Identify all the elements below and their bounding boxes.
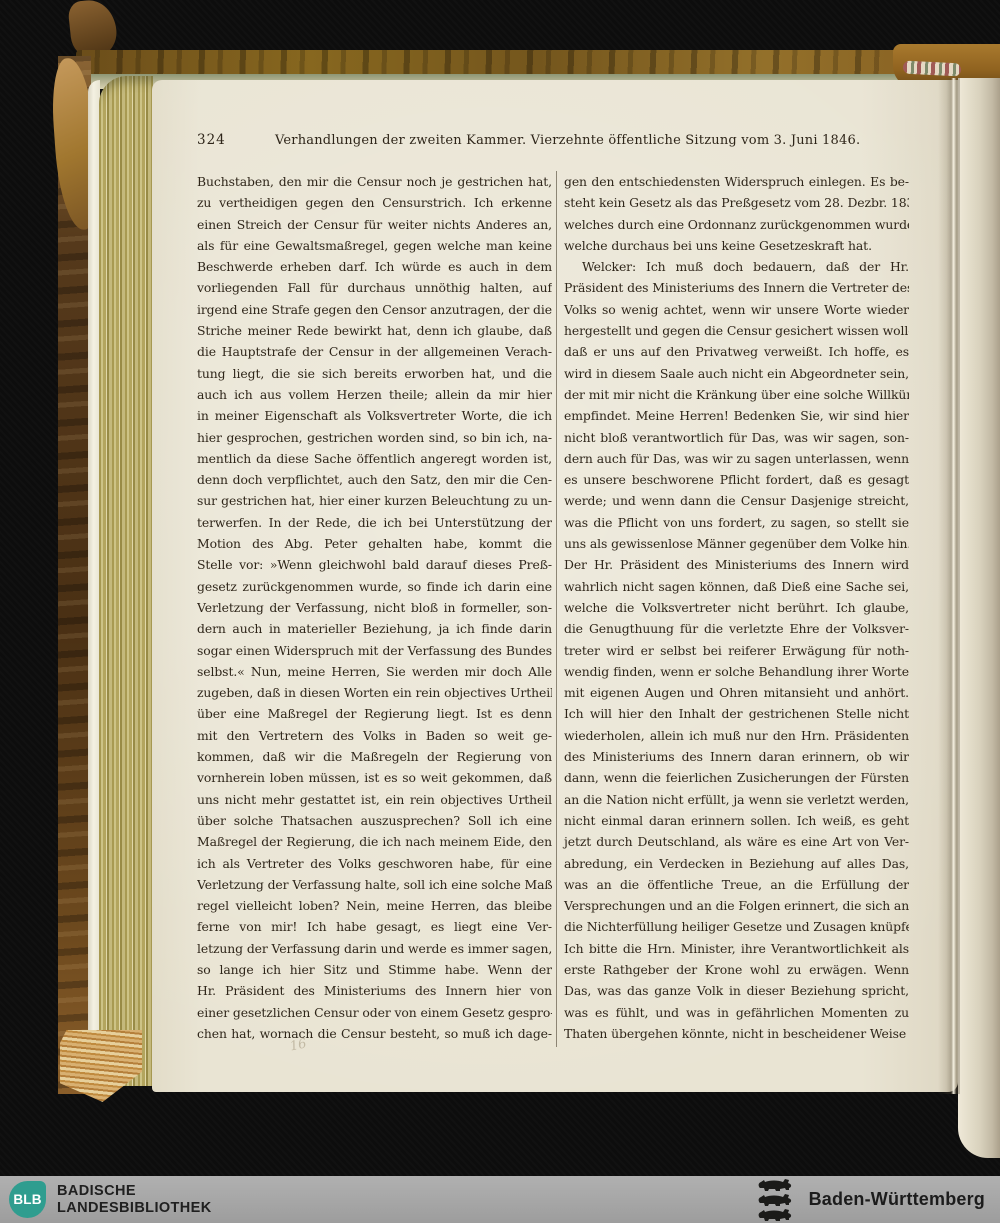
text-line: erste Rathgeber der Krone wohl zu erwäge… (564, 959, 909, 980)
text-line: mit den Vertretern des Volks in Baden so… (197, 725, 552, 746)
page-content: 324 Verhandlungen der zweiten Kammer. Vi… (197, 132, 909, 1044)
text-line: Hr. Präsident des Ministeriums des Inner… (197, 980, 552, 1001)
text-line: hier gesprochen, gestrichen worden sind,… (197, 427, 552, 448)
text-line: Striche meiner Rede bewirkt hat, denn ic… (197, 320, 552, 341)
right-column: gen den entschiedensten Widerspruch einl… (562, 171, 909, 1044)
text-line: mentlich da diese Sache öffentlich anger… (197, 448, 552, 469)
text-line: Der Hr. Präsident des Ministeriums des I… (564, 554, 909, 575)
text-line: Verletzung der Verfassung halte, soll ic… (197, 874, 552, 895)
text-line: daß er uns auf den Privatweg verweißt. I… (564, 341, 909, 362)
baden-wuerttemberg-crest-icon (755, 1179, 799, 1221)
text-line: jetzt durch Deutschland, als wäre es ein… (564, 831, 909, 852)
facing-page-sliver (958, 78, 1000, 1158)
text-line: Thaten übergehen könnte, nicht in besche… (564, 1023, 909, 1044)
text-line: uns nicht mehr gestattet ist, ein rein o… (197, 789, 552, 810)
text-line: die Nichterfüllung heiliger Gesetze und … (564, 916, 909, 937)
page-header: 324 Verhandlungen der zweiten Kammer. Vi… (197, 132, 909, 152)
text-line: Ich bitte die Hrn. Minister, ihre Verant… (564, 938, 909, 959)
library-name: BADISCHE LANDESBIBLIOTHEK (57, 1183, 212, 1216)
text-line: hergestellt und gegen die Censur gesiche… (564, 320, 909, 341)
library-branding: BLB BADISCHE LANDESBIBLIOTHEK (0, 1181, 212, 1218)
text-line: gesetz zurückgenommen wurde, so finde ic… (197, 576, 552, 597)
text-line: steht kein Gesetz als das Preßgesetz vom… (564, 192, 909, 213)
text-line: welche durchaus bei uns keine Gesetzeskr… (564, 235, 909, 256)
text-line: denn doch verpflichtet, auch den Satz, d… (197, 469, 552, 490)
text-line: nicht einmal daran erinnern sollen. Ich … (564, 810, 909, 831)
text-line: die Genugthuung für die verletzte Ehre d… (564, 618, 909, 639)
text-line: werde; und wenn dann die Censur Dasjenig… (564, 490, 909, 511)
page-number: 324 (197, 132, 275, 148)
text-line: einen Streich der Censur für weiter nich… (197, 214, 552, 235)
text-line: sur gestrichen hat, hier einer kurzen Be… (197, 490, 552, 511)
blb-logo-icon: BLB (9, 1181, 46, 1218)
text-line: einer gesetzlichen Censur oder von einem… (197, 1002, 552, 1023)
text-line: des Ministeriums des Innern daran erinne… (564, 746, 909, 767)
text-line: Verletzung der Verfassung, nicht bloß in… (197, 597, 552, 618)
text-line: es unsere beschworene Pflicht fordert, d… (564, 469, 909, 490)
text-line: dern auch in materieller Beziehung, ja i… (197, 618, 552, 639)
text-line: welche die Volksvertreter nicht berührt.… (564, 597, 909, 618)
text-line: als für eine Gewaltsmaßregel, gegen welc… (197, 235, 552, 256)
text-line: Welcker: Ich muß doch bedauern, daß der … (564, 256, 909, 277)
text-line: letzung der Verfassung darin und werde e… (197, 938, 552, 959)
text-line: was an die öffentliche Treue, an die Erf… (564, 874, 909, 895)
text-line: Volks so wenig achtet, wenn wir unsere W… (564, 299, 909, 320)
text-columns: Buchstaben, den mir die Censur noch je g… (197, 171, 909, 1044)
text-line: wiederholen, allein ich muß nur den Hrn.… (564, 725, 909, 746)
book-top-cover-edge (76, 50, 916, 77)
text-line: Maßregel der Regierung, die ich nach mei… (197, 831, 552, 852)
text-line: tung liegt, die sie sich bereits erworbe… (197, 363, 552, 384)
text-line: mit eigenen Augen und Ohren mitansieht u… (564, 682, 909, 703)
state-name: Baden-Württemberg (809, 1189, 985, 1210)
text-line: abredung, ein Verdecken in Beziehung auf… (564, 853, 909, 874)
text-line: über eine Maßregel der Regierung liegt. … (197, 703, 552, 724)
text-line: terwerfen. In der Rede, die ich bei Unte… (197, 512, 552, 533)
text-line: regel vielleicht loben? Nein, meine Herr… (197, 895, 552, 916)
text-line: nicht bloß verantwortlich für Das, was w… (564, 427, 909, 448)
text-line: dern auch für Das, was wir zu sagen unte… (564, 448, 909, 469)
text-line: wird in diesem Saale auch nicht ein Abge… (564, 363, 909, 384)
column-divider-rule (556, 171, 557, 1047)
text-line: wendig finden, wenn er solche Behandlung… (564, 661, 909, 682)
library-name-line1: BADISCHE (57, 1183, 212, 1200)
text-line: vornherein loben müssen, ist es so weit … (197, 767, 552, 788)
text-line: der mit mir nicht die Kränkung über eine… (564, 384, 909, 405)
text-line: ich als Vertreter des Volks geschworen h… (197, 853, 552, 874)
left-column: Buchstaben, den mir die Censur noch je g… (197, 171, 552, 1044)
page-gutter-crease (938, 78, 960, 1094)
library-name-line2: LANDESBIBLIOTHEK (57, 1200, 212, 1217)
text-line: kommen, daß wir die Maßregeln der Regier… (197, 746, 552, 767)
text-line: was die Pflicht von uns fordert, zu sage… (564, 512, 909, 533)
text-line: Buchstaben, den mir die Censur noch je g… (197, 171, 552, 192)
text-line: Stelle vor: »Wenn gleichwohl bald darauf… (197, 554, 552, 575)
text-line: die Hauptstrafe der Censur in der allgem… (197, 341, 552, 362)
text-line: irgend eine Strafe gegen den Censor anzu… (197, 299, 552, 320)
state-branding: Baden-Württemberg (755, 1179, 1000, 1221)
text-line: was es fühlt, und was in gefährlichen Mo… (564, 1002, 909, 1023)
text-line: Motion des Abg. Peter gehalten habe, kom… (197, 533, 552, 554)
text-line: Beschwerde erheben darf. Ich würde es au… (197, 256, 552, 277)
footer-bar: BLB BADISCHE LANDESBIBLIOTHEK Baden-Würt… (0, 1176, 1000, 1223)
text-line: empfindet. Meine Herren! Bedenken Sie, w… (564, 405, 909, 426)
text-line: an die Nation nicht erfüllt, ja wenn sie… (564, 789, 909, 810)
text-line: zu vertheidigen gegen den Censurstrich. … (197, 192, 552, 213)
text-line: auch ich aus vollem Herzen theile; allei… (197, 384, 552, 405)
text-line: so lange ich hier Sitz und Stimme habe. … (197, 959, 552, 980)
running-title: Verhandlungen der zweiten Kammer. Vierze… (275, 133, 860, 148)
digitized-book-viewer: 324 Verhandlungen der zweiten Kammer. Vi… (0, 0, 1000, 1223)
text-line: gen den entschiedensten Widerspruch einl… (564, 171, 909, 192)
text-line: uns als gewissenlose Männer gegenüber de… (564, 533, 909, 554)
text-line: Das, was das ganze Volk in dieser Bezieh… (564, 980, 909, 1001)
page-block-fore-edge (99, 76, 153, 1086)
text-line: Ich will hier den Inhalt der gestrichene… (564, 703, 909, 724)
text-line: wahrlich nicht sagen können, daß Dieß ei… (564, 576, 909, 597)
text-line: Versprechungen und an die Folgen erinner… (564, 895, 909, 916)
text-line: chen hat, wornach die Censur besteht, so… (197, 1023, 552, 1044)
text-line: treter wird er selbst bei reiferer Erwäg… (564, 640, 909, 661)
text-line: ferne von mir! Ich habe gesagt, es liegt… (197, 916, 552, 937)
text-line: dann, wenn die feierlichen Zusicherungen… (564, 767, 909, 788)
text-line: selbst.« Nun, meine Herren, Sie werden m… (197, 661, 552, 682)
text-line: über solche Thatsachen auszusprechen? So… (197, 810, 552, 831)
text-line: welches durch eine Ordonnanz zurückgenom… (564, 214, 909, 235)
text-line: sogar einen Widerspruch mit der Verfassu… (197, 640, 552, 661)
text-line: zugeben, daß in diesen Worten ein rein o… (197, 682, 552, 703)
book-page: 324 Verhandlungen der zweiten Kammer. Vi… (152, 80, 958, 1092)
text-line: Präsident des Ministeriums des Innern di… (564, 277, 909, 298)
text-line: vorliegenden Fall für durchaus unnöthig … (197, 277, 552, 298)
text-line: in meiner Eigenschaft als Volksvertreter… (197, 405, 552, 426)
